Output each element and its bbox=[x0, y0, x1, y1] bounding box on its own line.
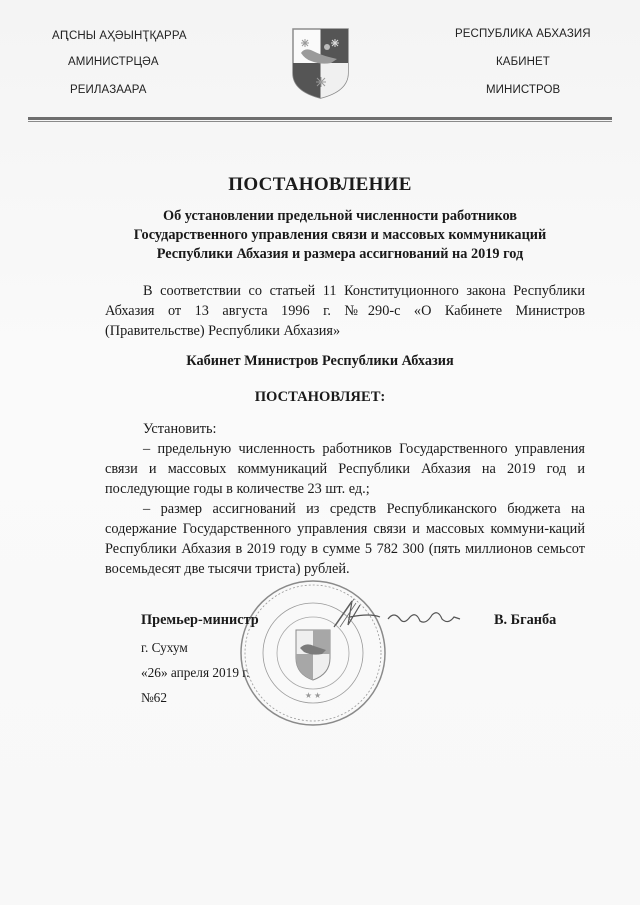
header-right-line-1: РЕСПУБЛИКА АБХАЗИЯ bbox=[455, 28, 591, 40]
issuer-heading: Кабинет Министров Республики Абхазия bbox=[0, 353, 640, 370]
svg-text:★ ★: ★ ★ bbox=[305, 691, 321, 700]
resolution-item-2: – размер ассигнований из средств Республ… bbox=[105, 499, 585, 579]
issue-city: г. Сухум bbox=[141, 640, 188, 656]
document-type-title: ПОСТАНОВЛЕНИЕ bbox=[0, 174, 640, 196]
subject-line-1: Об установлении предельной численности р… bbox=[90, 207, 590, 226]
preamble-paragraph: В соответствии со статьей 11 Конституцио… bbox=[105, 281, 585, 341]
issue-date: «26» апреля 2019 г. bbox=[141, 665, 250, 681]
establish-label: Установить: bbox=[105, 419, 585, 439]
header-left-line-1: АԤСНЫ АҲӘЫНҬҚАРРА bbox=[52, 28, 187, 42]
header-left-line-3: РЕИЛАЗААРА bbox=[70, 84, 147, 96]
header-left-line-2: АМИНИСТРЦӘА bbox=[68, 56, 159, 68]
resolution-body: Установить: – предельную численность раб… bbox=[105, 419, 585, 579]
signatory-position: Премьер-министр bbox=[141, 612, 259, 629]
document-page: АԤСНЫ АҲӘЫНҬҚАРРА АМИНИСТРЦӘА РЕИЛАЗААРА… bbox=[0, 0, 640, 905]
signatory-name: В. Бганба bbox=[494, 612, 556, 629]
header-right-line-2: КАБИНЕТ bbox=[496, 56, 550, 68]
resolution-item-1: – предельную численность работников Госу… bbox=[105, 439, 585, 499]
subject-line-2: Государственного управления связи и масс… bbox=[90, 226, 590, 245]
handwritten-signature-icon bbox=[330, 595, 470, 635]
coat-of-arms-icon bbox=[291, 25, 350, 100]
header-right-line-3: МИНИСТРОВ bbox=[486, 84, 560, 96]
document-number: №62 bbox=[141, 690, 167, 706]
document-subject: Об установлении предельной численности р… bbox=[90, 207, 590, 264]
header-divider bbox=[28, 117, 612, 122]
subject-line-3: Республики Абхазия и размера ассигновани… bbox=[90, 245, 590, 264]
resolves-heading: ПОСТАНОВЛЯЕТ: bbox=[0, 389, 640, 406]
